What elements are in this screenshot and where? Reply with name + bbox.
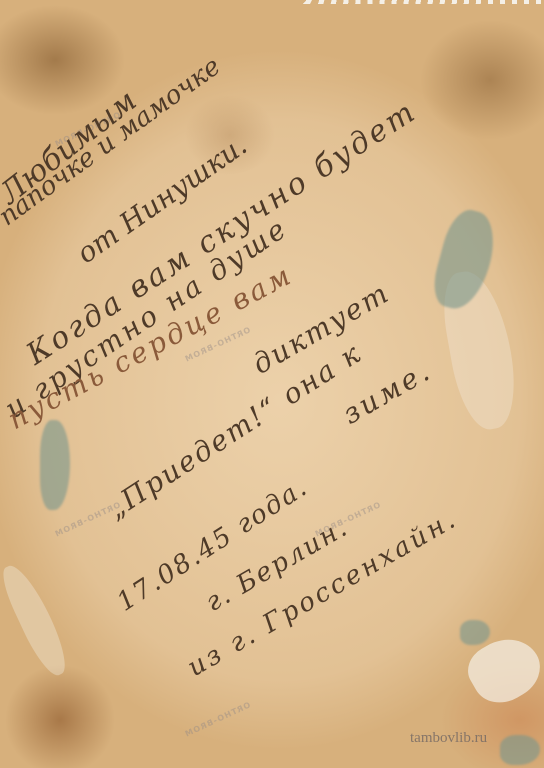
serrated-edge	[290, 0, 544, 4]
paper-stamp: ORTHO-BROM	[0, 295, 2, 334]
mold-spot	[500, 735, 540, 765]
mold-spot	[460, 620, 490, 645]
mold-spot	[40, 420, 70, 510]
worn-area	[0, 559, 74, 680]
watermark: tambovlib.ru	[410, 730, 487, 747]
paper-stamp: ORTHO-BROM	[183, 700, 252, 739]
photo-back-card: ORTHO-BROM ORTHO-BROM ORTHO-BROM ORTHO-B…	[0, 0, 544, 768]
handwritten-line: папочке и мамочке	[0, 51, 226, 232]
